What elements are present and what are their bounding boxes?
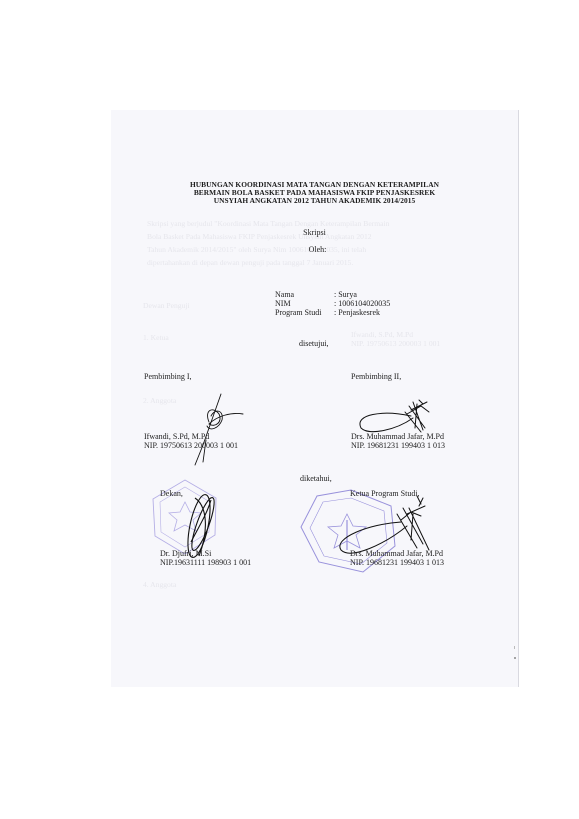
scanned-page: Skripsi yang berjudul "Koordinasi Mata T… <box>111 110 519 687</box>
program-head-name: Drs. Muhammad Jafar, M.Pd <box>350 549 443 558</box>
dean-nip: NIP.19631111 198903 1 001 <box>160 558 251 567</box>
dean-role: Dekan, <box>160 489 183 498</box>
stamps-and-signatures <box>111 110 518 687</box>
scan-speck <box>514 657 516 659</box>
program-head-nip: NIP. 19681231 199403 1 013 <box>350 558 444 567</box>
program-head-role: Ketua Program Studi, <box>350 489 420 498</box>
dean-name: Dr. Djufri, M.Si <box>160 549 211 558</box>
scan-speck <box>514 646 515 649</box>
signature-advisor-2-icon <box>360 400 429 432</box>
signature-advisor-1-icon <box>195 394 243 465</box>
